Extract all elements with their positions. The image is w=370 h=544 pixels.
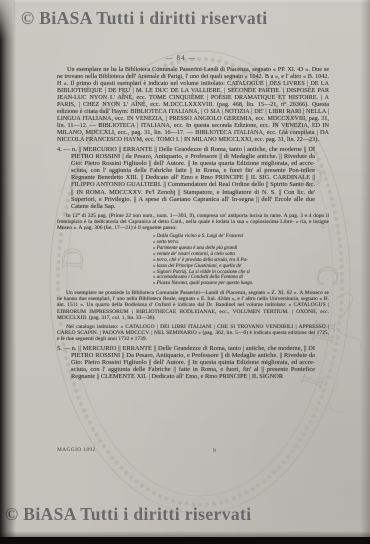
quotation-block: « Dalla Guglia vicino a S. Luigi de' Fra… xyxy=(153,234,329,287)
scan-bottom-edge xyxy=(0,537,370,544)
scanned-book-page: { "watermarks": { "top": "© BiASA Tutti … xyxy=(0,0,370,544)
book-gutter-shadow xyxy=(0,0,16,544)
copyright-watermark-bottom: © BiASA Tutti i diritti riservati xyxy=(5,504,252,525)
page-footer: MAGGIO 1892 9 xyxy=(57,447,329,457)
copies-located-note: Un esemplare ne possiede la Biblioteca C… xyxy=(57,290,329,320)
bibliography-entry-4: 4. — n. || MERCURIO || ERRANTE || Delle … xyxy=(71,146,329,210)
text-column: Un esemplare ne ha la Biblioteca Comunal… xyxy=(57,66,329,384)
issue-date: MAGGIO 1892 xyxy=(57,447,96,453)
scan-right-edge xyxy=(360,0,370,544)
scan-top-edge xyxy=(0,0,370,3)
catalog-note: Nel catalogo intitolato: « CATALOGO | DE… xyxy=(57,324,329,342)
collation-note-entry-4: In 12° di 325 pag. (Prime 22 non num., n… xyxy=(57,213,329,231)
gutter-top-soft xyxy=(0,0,14,40)
bibliography-entry-5: 5. — n. || MERCURIO || ERRANTE || Delle … xyxy=(71,345,329,380)
page-number: — 84 — xyxy=(57,54,305,62)
paragraph-continuation: Un esemplare ne ha la Biblioteca Comunal… xyxy=(57,66,329,143)
signature-mark: 9 xyxy=(213,448,216,454)
copyright-watermark-top: © BiASA Tutti i diritti riservati xyxy=(21,8,268,29)
